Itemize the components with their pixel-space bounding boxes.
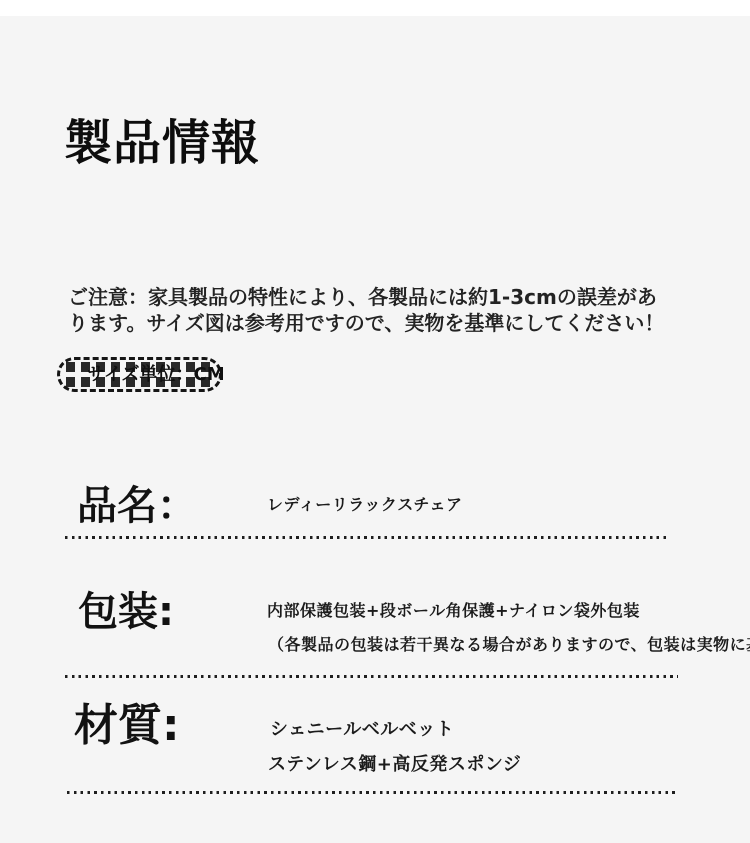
spec-value-material-frame: ステンレス鋼+高反発スポンジ (268, 755, 521, 776)
spec-value-product-name: レディーリラックスチェア (267, 496, 462, 514)
page-title: 製品情報 (64, 119, 260, 167)
spec-label-product-name: 品名： (77, 486, 197, 526)
size-notice-line-2: ります。サイズ図は参考用ですので、実物を基準にしてください！ (68, 310, 664, 336)
dotted-divider-3 (67, 791, 679, 794)
dotted-divider-1 (65, 536, 669, 539)
size-notice-line-1: ご注意：家具製品の特性により、各製品には約1-3cmの誤差があ (68, 284, 664, 310)
spec-value-packaging-main: 内部保護包装+段ボール角保護+ナイロン袋外包装 (267, 602, 640, 620)
size-notice: ご注意：家具製品の特性により、各製品には約1-3cmの誤差があ ります。サイズ図… (68, 284, 664, 336)
spec-label-material: 材質: (74, 704, 180, 748)
product-info-page: 製品情報 ご注意：家具製品の特性により、各製品には約1-3cmの誤差があ ります… (0, 0, 750, 843)
size-unit-badge: サイズ単位：CM (57, 357, 222, 392)
size-unit-badge-label: サイズ単位：CM (87, 366, 225, 384)
spec-value-packaging-note: （各製品の包装は若干異なる場合がありますので、包装は実物に基 (268, 636, 750, 654)
dotted-divider-2 (65, 675, 678, 678)
spec-value-material-fabric: シェニールベルベット (270, 720, 454, 741)
top-strip (0, 0, 750, 16)
spec-label-packaging: 包装: (78, 592, 174, 632)
